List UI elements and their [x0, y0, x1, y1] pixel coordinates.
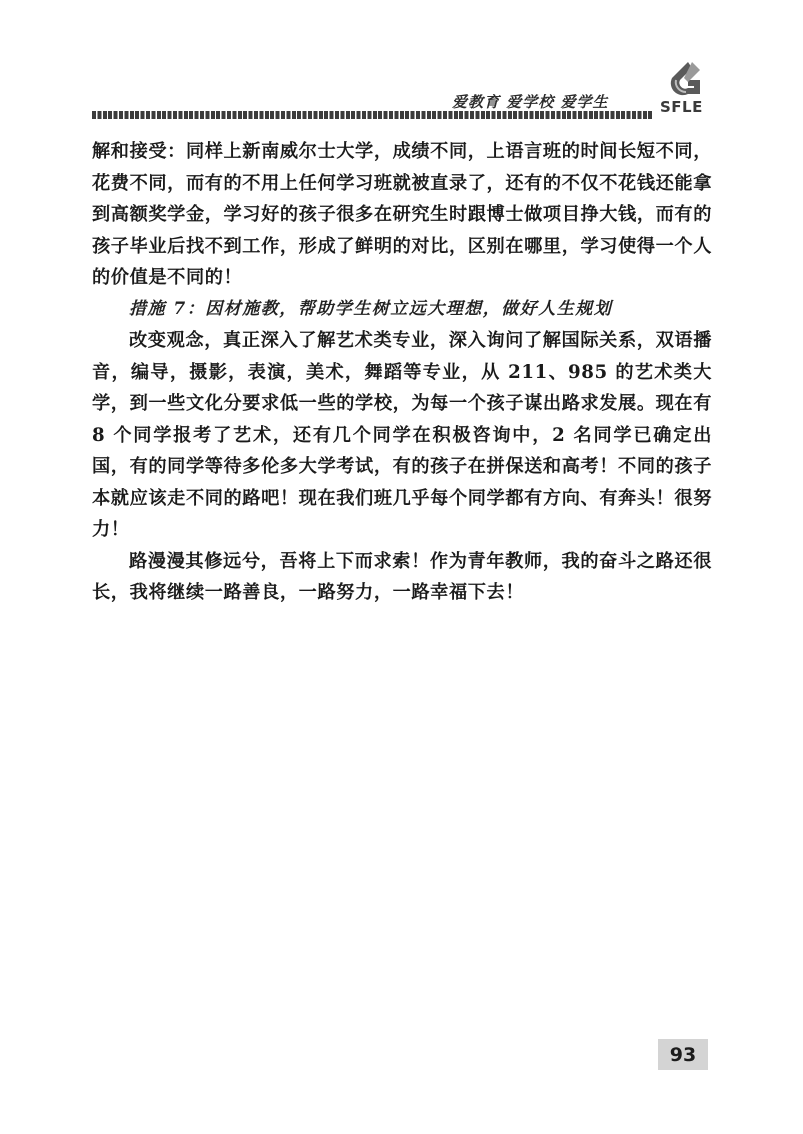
header-dashed-rule [92, 111, 652, 119]
closing-paragraph: 路漫漫其修远兮，吾将上下而求索！作为青年教师，我的奋斗之路还很长，我将继续一路善… [92, 546, 712, 609]
sfle-swirl-logo-icon [666, 60, 706, 98]
logo-text: SFLE [660, 98, 703, 116]
body-paragraph: 改变观念，真正深入了解艺术类专业，深入询问了解国际关系，双语播音，编导，摄影，表… [92, 325, 712, 546]
page-body: 解和接受：同样上新南威尔士大学，成绩不同，上语言班的时间长短不同，花费不同，而有… [92, 136, 712, 609]
header-motto: 爱教育 爱学校 爱学生 [452, 91, 608, 112]
page-number: 93 [658, 1039, 708, 1070]
page-header: 爱教育 爱学校 爱学生 SFLE [0, 0, 803, 130]
sfle-logo: SFLE [654, 60, 716, 120]
continuation-paragraph: 解和接受：同样上新南威尔士大学，成绩不同，上语言班的时间长短不同，花费不同，而有… [92, 136, 712, 294]
measure-7-subheading: 措施 7：因材施教，帮助学生树立远大理想，做好人生规划 [92, 294, 712, 326]
